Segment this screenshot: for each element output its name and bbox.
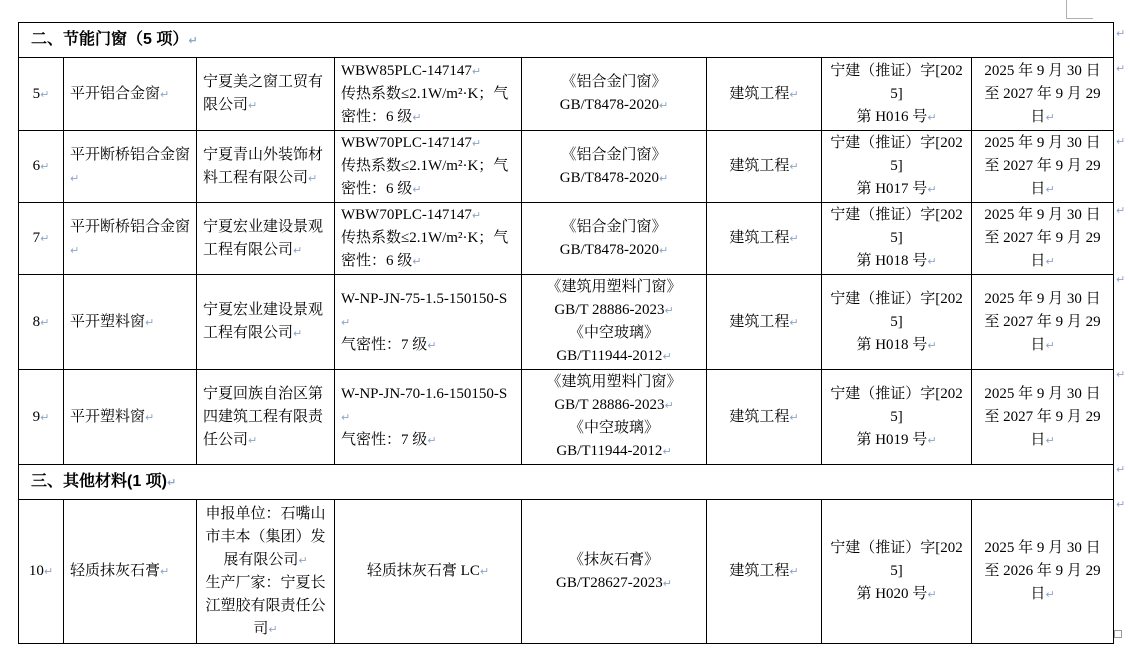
row-end-mark: ↵	[1116, 63, 1125, 74]
cell-validity: 2025 年 9 月 30 日至 2027 年 9 月 29 日↵	[972, 58, 1114, 131]
cell-number: 9↵	[19, 370, 64, 465]
pilcrow-mark: ↵	[145, 411, 154, 424]
text-boundary-corner-mark	[1066, 0, 1093, 19]
pilcrow-mark: ↵	[412, 255, 421, 268]
pilcrow-mark: ↵	[160, 88, 169, 101]
pilcrow-mark: ↵	[1045, 111, 1054, 124]
cell-company: 宁夏回族自治区第四建筑工程有限责任公司↵	[197, 370, 335, 465]
cell-product-name: 平开断桥铝合金窗↵	[64, 203, 197, 275]
pilcrow-mark: ↵	[662, 445, 671, 458]
pilcrow-mark: ↵	[40, 232, 49, 245]
cell-product-name: 平开塑料窗↵	[64, 275, 197, 370]
row-end-mark: ↵	[1116, 28, 1125, 39]
table-row: 7↵ 平开断桥铝合金窗↵ 宁夏宏业建设景观工程有限公司↵ WBW70PLC-14…	[19, 203, 1114, 275]
pilcrow-mark: ↵	[664, 399, 673, 412]
pilcrow-mark: ↵	[293, 327, 302, 340]
cell-standard: 《铝合金门窗》GB/T8478-2020↵	[522, 203, 707, 275]
table-row: 10↵ 轻质抹灰石膏↵ 申报单位：石嘴山市丰本（集团）发展有限公司↵生产厂家：宁…	[19, 500, 1114, 644]
cell-standard: 《抹灰石膏》GB/T28627-2023↵	[522, 500, 707, 644]
pilcrow-mark: ↵	[789, 411, 798, 424]
pilcrow-mark: ↵	[308, 172, 317, 185]
pilcrow-mark: ↵	[480, 565, 489, 578]
pilcrow-mark: ↵	[293, 244, 302, 257]
pilcrow-mark: ↵	[412, 111, 421, 124]
cell-company: 宁夏青山外装饰材料工程有限公司↵	[197, 131, 335, 203]
section-header-row: 二、节能门窗（5 项）↵	[19, 23, 1114, 58]
cell-model-specs: WBW70PLC-147147↵传热系数≤2.1W/m²·K；气密性：6 级↵	[335, 131, 522, 203]
cell-validity: 2025 年 9 月 30 日至 2027 年 9 月 29 日↵	[972, 131, 1114, 203]
cell-product-name: 平开塑料窗↵	[64, 370, 197, 465]
pilcrow-mark: ↵	[789, 160, 798, 173]
pilcrow-mark: ↵	[268, 623, 277, 636]
row-end-mark: ↵	[1116, 464, 1125, 475]
pilcrow-mark: ↵	[927, 434, 936, 447]
cell-model-specs: 轻质抹灰石膏 LC↵	[335, 500, 522, 644]
cell-certificate-no: 宁建（推证）字[2025]第 H019 号↵	[822, 370, 972, 465]
pilcrow-mark: ↵	[472, 65, 481, 78]
table-row: 8↵ 平开塑料窗↵ 宁夏宏业建设景观工程有限公司↵ W-NP-JN-75-1.5…	[19, 275, 1114, 370]
pilcrow-mark: ↵	[427, 434, 436, 447]
cell-category: 建筑工程↵	[707, 131, 822, 203]
pilcrow-mark: ↵	[188, 34, 197, 47]
pilcrow-mark: ↵	[789, 88, 798, 101]
cell-certificate-no: 宁建（推证）字[2025]第 H018 号↵	[822, 275, 972, 370]
cell-validity: 2025 年 9 月 30 日至 2027 年 9 月 29 日↵	[972, 203, 1114, 275]
cell-category: 建筑工程↵	[707, 500, 822, 644]
pilcrow-mark: ↵	[927, 111, 936, 124]
cell-model-specs: W-NP-JN-75-1.5-150150-S↵气密性：7 级↵	[335, 275, 522, 370]
cell-product-name: 平开铝合金窗↵	[64, 58, 197, 131]
pilcrow-mark: ↵	[659, 99, 668, 112]
pilcrow-mark: ↵	[1045, 588, 1054, 601]
cell-category: 建筑工程↵	[707, 58, 822, 131]
row-end-mark: ↵	[1116, 369, 1125, 380]
cell-company: 申报单位：石嘴山市丰本（集团）发展有限公司↵生产厂家：宁夏长江塑胶有限责任公司↵	[197, 500, 335, 644]
table-row: 6↵ 平开断桥铝合金窗↵ 宁夏青山外装饰材料工程有限公司↵ WBW70PLC-1…	[19, 131, 1114, 203]
cell-model-specs: WBW70PLC-147147↵传热系数≤2.1W/m²·K；气密性：6 级↵	[335, 203, 522, 275]
section-title-text: 二、节能门窗（5 项）↵	[31, 31, 198, 48]
pilcrow-mark: ↵	[44, 565, 53, 578]
cell-model-specs: W-NP-JN-70-1.6-150150-S↵气密性：7 级↵	[335, 370, 522, 465]
pilcrow-mark: ↵	[664, 304, 673, 317]
cell-validity: 2025 年 9 月 30 日至 2026 年 9 月 29 日↵	[972, 500, 1114, 644]
table-end-mark	[1114, 630, 1122, 638]
cell-certificate-no: 宁建（推证）字[2025]第 H020 号↵	[822, 500, 972, 644]
pilcrow-mark: ↵	[927, 255, 936, 268]
cell-standard: 《建筑用塑料门窗》GB/T 28886-2023↵《中空玻璃》GB/T11944…	[522, 370, 707, 465]
cell-company: 宁夏宏业建设景观工程有限公司↵	[197, 275, 335, 370]
approved-materials-table: 二、节能门窗（5 项）↵ 5↵ 平开铝合金窗↵ 宁夏美之窗工贸有限公司↵ WBW…	[18, 22, 1114, 644]
pilcrow-mark: ↵	[341, 411, 350, 424]
cell-number: 10↵	[19, 500, 64, 644]
cell-certificate-no: 宁建（推证）字[2025]第 H017 号↵	[822, 131, 972, 203]
cell-category: 建筑工程↵	[707, 203, 822, 275]
pilcrow-mark: ↵	[663, 577, 672, 590]
cell-certificate-no: 宁建（推证）字[2025]第 H018 号↵	[822, 203, 972, 275]
pilcrow-mark: ↵	[789, 316, 798, 329]
pilcrow-mark: ↵	[659, 244, 668, 257]
pilcrow-mark: ↵	[1045, 339, 1054, 352]
cell-category: 建筑工程↵	[707, 275, 822, 370]
pilcrow-mark: ↵	[40, 411, 49, 424]
pilcrow-mark: ↵	[472, 137, 481, 150]
row-end-mark: ↵	[1116, 499, 1125, 510]
pilcrow-mark: ↵	[167, 476, 176, 489]
pilcrow-mark: ↵	[659, 172, 668, 185]
cell-validity: 2025 年 9 月 30 日至 2027 年 9 月 29 日↵	[972, 370, 1114, 465]
pilcrow-mark: ↵	[248, 434, 257, 447]
cell-number: 8↵	[19, 275, 64, 370]
pilcrow-mark: ↵	[412, 183, 421, 196]
row-end-mark: ↵	[1116, 205, 1125, 216]
cell-category: 建筑工程↵	[707, 370, 822, 465]
pilcrow-mark: ↵	[1045, 183, 1054, 196]
section-title: 二、节能门窗（5 项）↵	[19, 23, 1114, 58]
pilcrow-mark: ↵	[298, 554, 307, 567]
pilcrow-mark: ↵	[427, 339, 436, 352]
cell-number: 5↵	[19, 58, 64, 131]
pilcrow-mark: ↵	[472, 209, 481, 222]
pilcrow-mark: ↵	[789, 565, 798, 578]
pilcrow-mark: ↵	[160, 565, 169, 578]
pilcrow-mark: ↵	[341, 316, 350, 329]
pilcrow-mark: ↵	[927, 588, 936, 601]
document-page: 二、节能门窗（5 项）↵ 5↵ 平开铝合金窗↵ 宁夏美之窗工贸有限公司↵ WBW…	[0, 0, 1130, 654]
cell-product-name: 平开断桥铝合金窗↵	[64, 131, 197, 203]
pilcrow-mark: ↵	[40, 160, 49, 173]
cell-model-specs: WBW85PLC-147147↵传热系数≤2.1W/m²·K；气密性：6 级↵	[335, 58, 522, 131]
cell-standard: 《建筑用塑料门窗》GB/T 28886-2023↵《中空玻璃》GB/T11944…	[522, 275, 707, 370]
pilcrow-mark: ↵	[1045, 255, 1054, 268]
cell-product-name: 轻质抹灰石膏↵	[64, 500, 197, 644]
pilcrow-mark: ↵	[70, 244, 79, 257]
cell-standard: 《铝合金门窗》GB/T8478-2020↵	[522, 58, 707, 131]
cell-standard: 《铝合金门窗》GB/T8478-2020↵	[522, 131, 707, 203]
pilcrow-mark: ↵	[927, 183, 936, 196]
pilcrow-mark: ↵	[927, 339, 936, 352]
cell-number: 6↵	[19, 131, 64, 203]
row-end-mark: ↵	[1116, 136, 1125, 147]
pilcrow-mark: ↵	[662, 350, 671, 363]
pilcrow-mark: ↵	[1045, 434, 1054, 447]
pilcrow-mark: ↵	[40, 88, 49, 101]
cell-company: 宁夏美之窗工贸有限公司↵	[197, 58, 335, 131]
section-header-row: 三、其他材料(1 项)↵	[19, 465, 1114, 500]
table-row: 5↵ 平开铝合金窗↵ 宁夏美之窗工贸有限公司↵ WBW85PLC-147147↵…	[19, 58, 1114, 131]
section-title: 三、其他材料(1 项)↵	[19, 465, 1114, 500]
pilcrow-mark: ↵	[40, 316, 49, 329]
pilcrow-mark: ↵	[145, 316, 154, 329]
cell-number: 7↵	[19, 203, 64, 275]
section-title-text: 三、其他材料(1 项)↵	[31, 473, 176, 490]
pilcrow-mark: ↵	[789, 232, 798, 245]
table-row: 9↵ 平开塑料窗↵ 宁夏回族自治区第四建筑工程有限责任公司↵ W-NP-JN-7…	[19, 370, 1114, 465]
cell-company: 宁夏宏业建设景观工程有限公司↵	[197, 203, 335, 275]
row-end-mark: ↵	[1116, 274, 1125, 285]
cell-validity: 2025 年 9 月 30 日至 2027 年 9 月 29 日↵	[972, 275, 1114, 370]
pilcrow-mark: ↵	[70, 172, 79, 185]
pilcrow-mark: ↵	[248, 99, 257, 112]
cell-certificate-no: 宁建（推证）字[2025]第 H016 号↵	[822, 58, 972, 131]
